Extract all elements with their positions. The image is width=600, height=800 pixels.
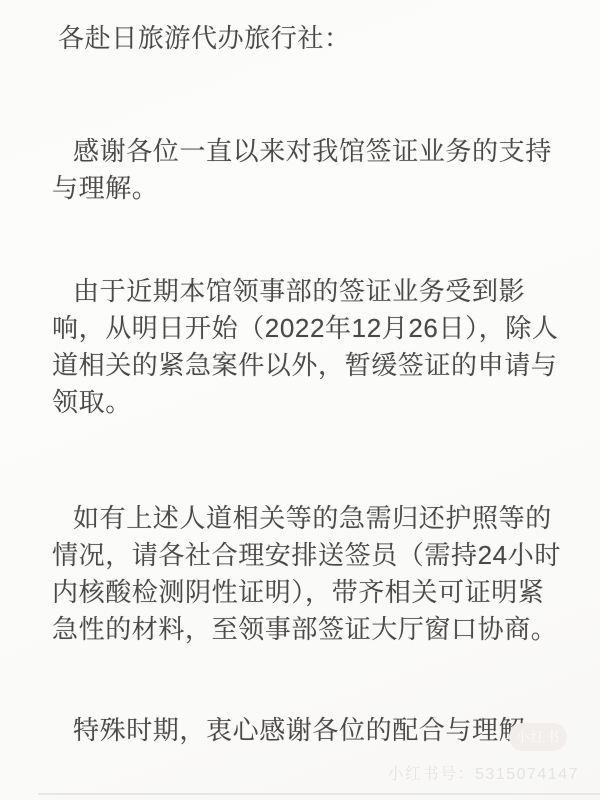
paragraph-line: 情况，请各社合理安排送签员（需持24小时 bbox=[52, 537, 548, 574]
closing-line: 特殊时期，衷心感谢各位的配合与理解 bbox=[52, 712, 548, 749]
paragraph-line: 道相关的紧急案件以外，暂缓签证的申请与 bbox=[52, 347, 548, 384]
paragraph-line: 如有上述人道相关等的急需归还护照等的 bbox=[52, 500, 548, 537]
salutation-line: 各赴日旅游代办旅行社： bbox=[52, 20, 548, 57]
paragraph-line: 领取。 bbox=[52, 384, 548, 421]
paragraph-line: 响，从明日开始（2022年12月26日），除人 bbox=[52, 310, 548, 347]
paragraph-line: 由于近期本馆领事部的签证业务受到影 bbox=[52, 273, 548, 310]
closing-paragraph: 特殊时期，衷心感谢各位的配合与理解 bbox=[52, 712, 548, 749]
thanks-paragraph: 感谢各位一直以来对我馆签证业务的支持 与理解。 bbox=[52, 133, 548, 207]
suspension-paragraph: 由于近期本馆领事部的签证业务受到影 响，从明日开始（2022年12月26日），除… bbox=[52, 273, 548, 421]
paragraph-line: 感谢各位一直以来对我馆签证业务的支持 bbox=[52, 133, 548, 170]
notice-photo: 各赴日旅游代办旅行社： 感谢各位一直以来对我馆签证业务的支持 与理解。 由于近期… bbox=[0, 0, 600, 800]
notice-document: 各赴日旅游代办旅行社： 感谢各位一直以来对我馆签证业务的支持 与理解。 由于近期… bbox=[52, 20, 548, 749]
paragraph-line: 与理解。 bbox=[52, 170, 548, 207]
xiaohongshu-logo-watermark: 小红书 bbox=[509, 723, 567, 751]
salutation-paragraph: 各赴日旅游代办旅行社： bbox=[52, 20, 548, 57]
xiaohongshu-id-watermark: 小红书号：5315074147 bbox=[388, 761, 580, 784]
emergency-procedure-paragraph: 如有上述人道相关等的急需归还护照等的 情况，请各社合理安排送签员（需持24小时 … bbox=[52, 500, 548, 648]
paragraph-line: 急性的材料，至领事部签证大厅窗口协商。 bbox=[52, 611, 548, 648]
paragraph-line: 内核酸检测阴性证明），带齐相关可证明紧 bbox=[52, 574, 548, 611]
photo-bottom-edge bbox=[38, 793, 600, 795]
